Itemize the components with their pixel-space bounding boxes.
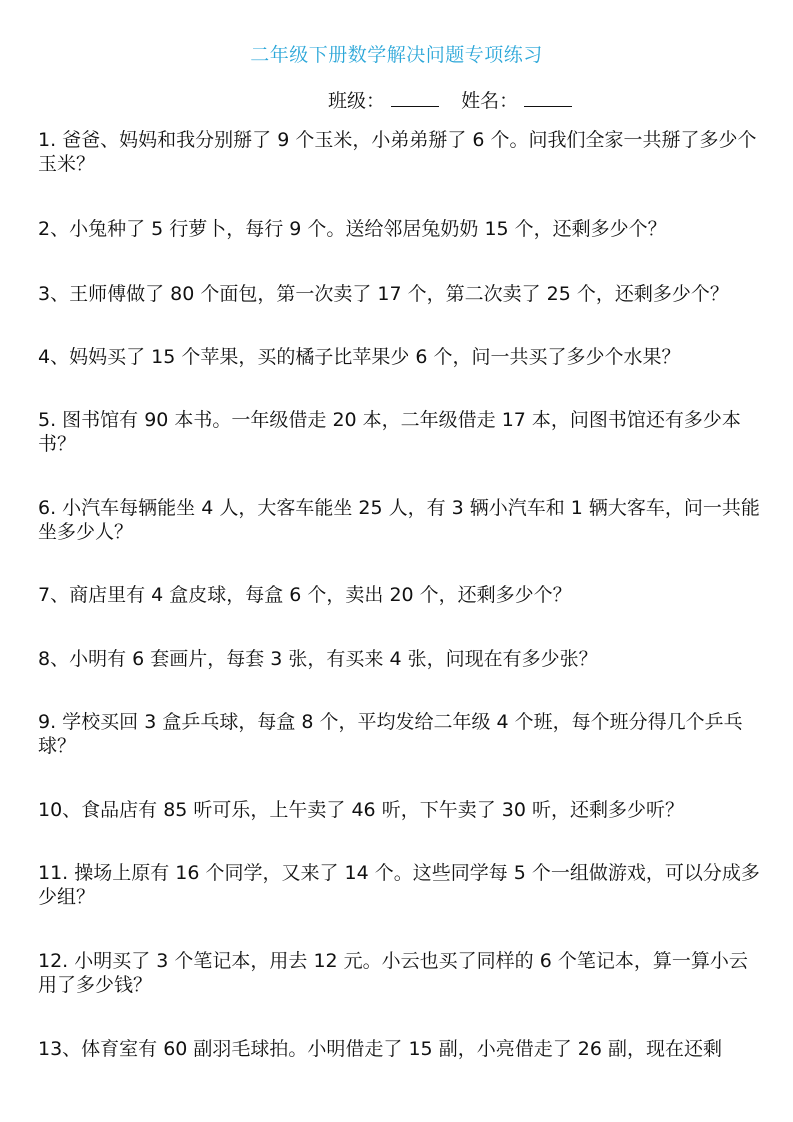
question-10: 10、食品店有 85 听可乐，上午卖了 46 听，下午卖了 30 听，还剩多少听… bbox=[38, 798, 760, 822]
question-2: 2、小兔种了 5 行萝卜，每行 9 个。送给邻居兔奶奶 15 个，还剩多少个？ bbox=[38, 217, 760, 241]
name-blank bbox=[524, 90, 572, 107]
question-11: 11. 操场上原有 16 个同学，又来了 14 个。这些同学每 5 个一组做游戏… bbox=[38, 861, 760, 909]
student-info: 班级： 姓名： bbox=[328, 86, 588, 113]
question-4: 4、妈妈买了 15 个苹果，买的橘子比苹果少 6 个，问一共买了多少个水果？ bbox=[38, 345, 760, 369]
name-label: 姓名： bbox=[461, 90, 518, 112]
question-9: 9. 学校买回 3 盒乒乓球，每盒 8 个，平均发给二年级 4 个班，每个班分得… bbox=[38, 710, 760, 758]
worksheet-title: 二年级下册数学解决问题专项练习 bbox=[0, 40, 793, 67]
question-13: 13、体育室有 60 副羽毛球拍。小明借走了 15 副，小亮借走了 26 副，现… bbox=[38, 1037, 760, 1061]
question-1: 1. 爸爸、妈妈和我分别掰了 9 个玉米，小弟弟掰了 6 个。问我们全家一共掰了… bbox=[38, 128, 760, 176]
question-8: 8、小明有 6 套画片，每套 3 张，有买来 4 张，问现在有多少张？ bbox=[38, 647, 760, 671]
question-5: 5. 图书馆有 90 本书。一年级借走 20 本，二年级借走 17 本，问图书馆… bbox=[38, 408, 760, 456]
question-6: 6. 小汽车每辆能坐 4 人，大客车能坐 25 人，有 3 辆小汽车和 1 辆大… bbox=[38, 496, 760, 544]
question-3: 3、王师傅做了 80 个面包，第一次卖了 17 个，第二次卖了 25 个，还剩多… bbox=[38, 282, 760, 306]
class-label: 班级： bbox=[328, 90, 385, 112]
question-7: 7、商店里有 4 盒皮球，每盒 6 个，卖出 20 个，还剩多少个？ bbox=[38, 583, 760, 607]
class-blank bbox=[391, 90, 439, 107]
question-12: 12. 小明买了 3 个笔记本，用去 12 元。小云也买了同样的 6 个笔记本，… bbox=[38, 949, 760, 997]
